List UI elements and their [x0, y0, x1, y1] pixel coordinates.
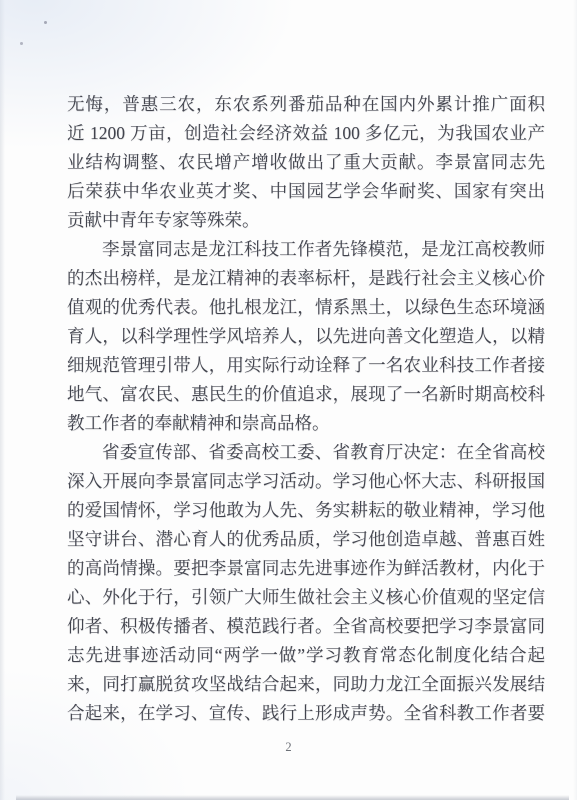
text-line: 无悔，普惠三农，东农系列番茄品种在国内外累计推广面积	[67, 90, 545, 119]
scan-speck-1	[44, 21, 47, 24]
text-line: 的杰出榜样，是龙江精神的表率标杆，是践行社会主义核心价	[67, 264, 545, 293]
text-line: 的高尚情操。要把李景富同志先进事迹作为鲜活教材，内化于	[67, 554, 545, 583]
text-line: 来，同打赢脱贫攻坚战结合起来，同助力龙江全面振兴发展结	[67, 670, 545, 699]
text-line: 李景富同志是龙江科技工作者先锋模范，是龙江高校教师	[67, 235, 545, 264]
text-line: 心、外化于行，引领广大师生做社会主义核心价值观的坚定信	[67, 583, 545, 612]
text-line: 贡献中青年专家等殊荣。	[67, 206, 545, 235]
paragraph-2: 李景富同志是龙江科技工作者先锋模范，是龙江高校教师 的杰出榜样，是龙江精神的表率…	[67, 235, 545, 438]
text-line: 仰者、积极传播者、模范践行者。全省高校要把学习李景富同	[67, 612, 545, 641]
text-line: 坚守讲台、潜心育人的优秀品质，学习他创造卓越、普惠百姓	[67, 525, 545, 554]
document-body: 无悔，普惠三农，东农系列番茄品种在国内外累计推广面积 近 1200 万亩，创造社…	[67, 90, 545, 728]
text-line: 业结构调整、农民增产增收做出了重大贡献。李景富同志先	[67, 148, 545, 177]
text-line: 合起来，在学习、宣传、践行上形成声势。全省科教工作者要	[67, 699, 545, 728]
text-line: 后荣获中华农业英才奖、中国园艺学会华耐奖、国家有突出	[67, 177, 545, 206]
paragraph-1: 无悔，普惠三农，东农系列番茄品种在国内外累计推广面积 近 1200 万亩，创造社…	[67, 90, 545, 235]
text-line: 育人，以科学理性学风培养人，以先进向善文化塑造人，以精	[67, 322, 545, 351]
paragraph-3: 省委宣传部、省委高校工委、省教育厅决定：在全省高校 深入开展向李景富同志学习活动…	[67, 438, 545, 728]
text-line: 教工作者的奉献精神和崇高品格。	[67, 409, 545, 438]
text-line: 深入开展向李景富同志学习活动。学习他心怀大志、科研报国	[67, 467, 545, 496]
text-line: 省委宣传部、省委高校工委、省教育厅决定：在全省高校	[67, 438, 545, 467]
document-page: 无悔，普惠三农，东农系列番茄品种在国内外累计推广面积 近 1200 万亩，创造社…	[0, 0, 577, 800]
text-line: 志先进事迹活动同“两学一做”学习教育常态化制度化结合起	[67, 641, 545, 670]
text-line: 地气、富农民、惠民生的价值追求，展现了一名新时期高校科	[67, 380, 545, 409]
text-line: 的爱国情怀，学习他敢为人先、务实耕耘的敬业精神，学习他	[67, 496, 545, 525]
text-line: 细规范管理引带人，用实际行动诠释了一名农业科技工作者接	[67, 351, 545, 380]
text-line: 值观的优秀代表。他扎根龙江，情系黑土，以绿色生态环境涵	[67, 293, 545, 322]
scan-bottom-edge-shadow	[16, 795, 569, 800]
page-number: 2	[0, 740, 577, 755]
scan-speck-2	[20, 42, 23, 45]
text-line: 近 1200 万亩，创造社会经济效益 100 多亿元，为我国农业产	[67, 119, 545, 148]
